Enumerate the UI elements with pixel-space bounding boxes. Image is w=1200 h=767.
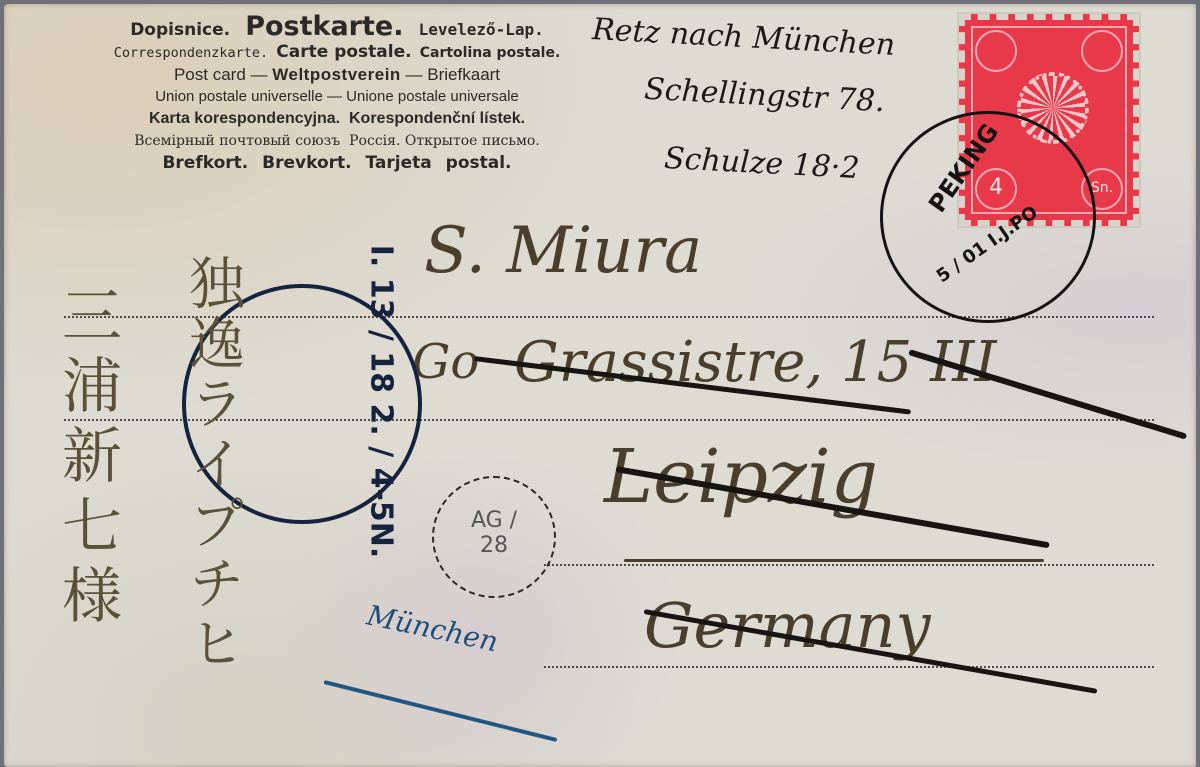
header-text: Levelező-Lap. [419,20,544,39]
header-separator: — [251,65,268,84]
address-street: Grassistre, 15 III [514,330,996,395]
sender-note-line-2: Schellingstr 78. [643,68,886,125]
header-row-1: Dopisnice. Postkarte. Levelező-Lap. [62,16,612,41]
sender-note-line-1: Retz nach München [591,8,896,68]
forwarding-underline [324,680,558,742]
underline [624,559,1044,562]
header-separator: — [406,65,423,84]
japanese-recipient-name: 三浦新七様 [44,284,130,734]
postmark-text: I. 13 / 18 2. / 4-5N. [363,245,398,559]
ag-postmark: AG / 28 [432,476,556,598]
header-text: Post card [174,65,246,84]
sender-note-line-3: Schulze 18·2 [663,137,861,191]
header-text: Union postale universelle [155,88,323,105]
header-text: Всемірный почтовый союзъ [134,133,340,149]
address-prefix: Go [412,334,479,390]
address-line [544,564,1154,566]
stamp-corner-ornament [1081,30,1123,72]
header-row-4: Union postale universelle — Unione posta… [62,86,612,108]
header-separator: — [327,88,342,105]
header-text: Unione postale universale [346,88,519,105]
header-text: Correspondenzkarte. [114,45,268,61]
header-text: Brevkort. [262,153,351,173]
header-text: Dopisnice. [130,20,230,40]
header-text: Weltpostverein [272,65,401,84]
header-row-2: Correspondenzkarte. Carte postale. Carto… [62,41,612,64]
header-text: Россія. [349,133,400,149]
header-text: Karta korespondencyjna. [149,110,340,127]
postmark-text: AG / 28 [454,508,534,558]
header-text: Briefkaart [427,65,500,84]
header-text: Carte postale. [276,42,411,62]
recipient-name: S. Miura [424,214,702,288]
postmark-text: PEKING [923,118,1004,217]
header-text: Korespondenční lístek. [349,110,525,127]
header-text: Cartolina postale. [420,45,561,61]
header-row-5: Karta korespondencyjna. Korespondenční l… [62,108,612,130]
header-text: Brefkort. [162,153,248,173]
printed-header: Dopisnice. Postkarte. Levelező-Lap. Corr… [62,16,612,174]
header-row-6: Всемірный почтовый союзъ Россія. Открыто… [62,130,612,152]
postcard: Dopisnice. Postkarte. Levelező-Lap. Corr… [4,4,1196,767]
header-row-7: Brefkort. Brevkort. Tarjeta postal. [62,152,612,174]
header-text: Tarjeta postal. [366,153,512,173]
postmark-date: 5 / 01 I.J.PO [933,202,1042,287]
postkarte-title: Postkarte. [245,11,403,42]
header-text: Открытое письмо. [405,133,540,149]
japanese-destination: 独逸ライプチヒ [172,254,252,754]
stamp-corner-ornament [975,30,1017,72]
header-row-3: Post card — Weltpostverein — Briefkaart [62,64,612,86]
forwarding-note: München [364,599,501,659]
address-line [544,666,1154,668]
peking-postmark: PEKING 5 / 01 I.J.PO [880,111,1096,323]
